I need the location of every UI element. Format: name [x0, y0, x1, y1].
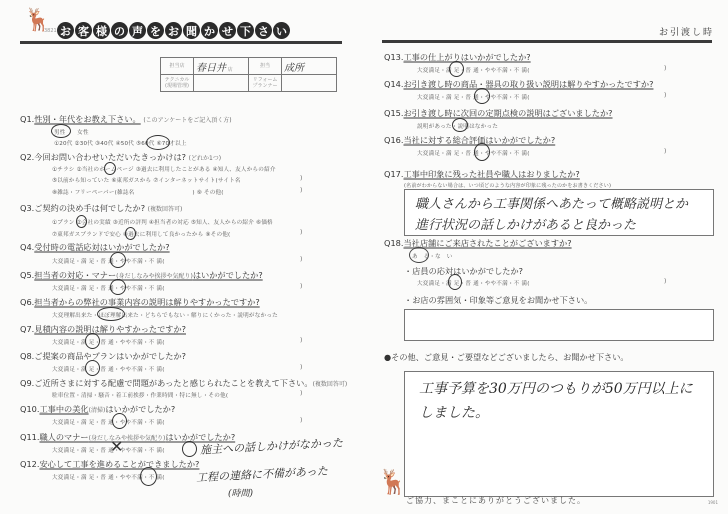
q8-rating-scale[interactable]: 大変満足・満 足・普 通・やや不満・不 満(: [52, 365, 165, 373]
question-q9: Q9.ご近所さまに対する配慮で問題があったと感じられたことを教えて下さい。(複数…: [20, 378, 347, 389]
q10-answer-mark: [112, 413, 127, 429]
q11-cross-out-mark: ✕: [110, 437, 123, 456]
q18-staff-answer-mark: [448, 274, 462, 290]
q2-options-line2[interactable]: ⑤以前から知っていた ⑥東邦ガスから ⑦インターネットサイト(サイト名: [52, 176, 241, 184]
title-rule: [20, 41, 342, 44]
q18-staff-rating-scale[interactable]: 大変満足・満 足・普 通・やや不満・不 満(: [417, 279, 530, 287]
form-title: お客様の声をお聞かせ下さい: [57, 22, 290, 39]
q3-answer-mark-2: [125, 227, 136, 240]
q7-rating-scale[interactable]: 大変満足・満 足・普 通・やや不満・不 満(: [52, 338, 165, 346]
q12-comment[interactable]: 工程の連絡に不備があった: [196, 463, 329, 486]
planner-field[interactable]: [282, 75, 337, 92]
q17-comment-box[interactable]: 職人さんから工事関係へあたって概略説明とか 進行状況の話しかけがあると良かった: [404, 189, 714, 236]
question-q7: Q7.見積内容の説明は解りやすかったですか?: [20, 324, 186, 335]
q1-gender-answer-mark: [51, 124, 71, 138]
q8-answer-mark: [85, 360, 100, 376]
q7-answer-mark: [85, 333, 100, 349]
other-comments-line1: 工事予算を30万円のつもりが50万円以上に: [419, 378, 693, 398]
q10-rating-scale[interactable]: 大変満足・満 足・普 通・やや不満・不 満(: [52, 418, 165, 426]
q6-answer-mark: [97, 307, 125, 321]
title-char: お: [165, 22, 182, 39]
q3-options-line2[interactable]: ⑦東邦ガスブランドで安心 ⑧過去に利用して良かったから ⑨その他(: [52, 230, 230, 238]
stamp-number: 3821: [44, 28, 57, 34]
q11-answer-mark: [182, 441, 197, 457]
survey-page-right: お引渡し時 Q13.工事の仕上がりはいかがでしたか? 大変満足・満 足・普 通・…: [364, 0, 728, 514]
q14-answer-mark: [474, 88, 490, 104]
person-field[interactable]: 成所: [282, 58, 337, 75]
title-char: を: [147, 22, 164, 39]
q5-rating-scale[interactable]: 大変満足・満 足・普 通・やや不満・不 満(: [52, 284, 165, 292]
title-char: い: [273, 22, 290, 39]
q9-options[interactable]: 駐車位置・清掃・騒音・着工前挨拶・作業時間・特に無し・その他(: [52, 391, 228, 399]
q4-rating-scale[interactable]: 大変満足・満 足・普 通・やや不満・不 満(: [52, 257, 165, 265]
store-field[interactable]: 春日井 店: [194, 58, 249, 75]
question-q5: Q5.担当者の対応・マナー(身だしなみや挨拶や気配り)はいかがでしたか?: [20, 270, 263, 281]
q12-answer-mark: [140, 467, 157, 486]
thank-you-message: ご協力、まことにありがとうございました。: [406, 495, 586, 506]
title-char: せ: [219, 22, 236, 39]
q2-options-line1[interactable]: ①チラシ ②当社のホームページ ③過去に利用したことがある ④知人、友人からの紹…: [52, 165, 276, 173]
question-q17: Q17.工事中印象に残った社員や職人はおりましたか?: [384, 169, 580, 180]
q13-answer-mark: [449, 61, 464, 77]
q2-answer-mark: [104, 162, 116, 175]
other-comments-box[interactable]: 工事予算を30万円のつもりが50万円以上に しました。: [404, 371, 714, 497]
title-char: 様: [93, 22, 110, 39]
q18-store-comment-box[interactable]: [404, 309, 714, 341]
title-char: の: [111, 22, 128, 39]
title-char: 客: [75, 22, 92, 39]
title-char: 聞: [183, 22, 200, 39]
header-rule: [382, 40, 712, 43]
title-char: お: [57, 22, 74, 39]
q15-answer-mark: [452, 118, 468, 132]
technical-label: テクニカル (現場管理): [161, 75, 194, 92]
q2-options-line3[interactable]: ⑧雑誌・フリーペーパー(雑誌名 ) ⑨ その他(: [52, 188, 224, 196]
form-code: 1901: [708, 500, 718, 505]
q16-answer-mark: [474, 143, 490, 161]
question-q2: Q2.今回お問い合わせいただいたきっかけは? (どれか1つ): [20, 152, 221, 163]
q11-rating-scale[interactable]: 大変満足・満 足・普 通・やや不満・不 満(: [52, 446, 165, 454]
q17-comment-line2: 進行状況の話しかけがあると良かった: [415, 214, 636, 233]
question-q18: Q18.当社店舗にご来店されたことがございますか?: [384, 238, 572, 249]
q5-answer-mark: [110, 279, 126, 295]
question-q14: Q14.お引き渡し時の商品・器具の取り扱い説明は解りやすかったですか?: [384, 79, 653, 90]
question-q8: Q8.ご提案の商品やプランはいかがでしたか?: [20, 351, 186, 362]
title-char: 声: [129, 22, 146, 39]
staff-table: 担当店 春日井 店 担当 成所 テクニカル (現場管理) リフォーム プランナー: [160, 57, 337, 92]
survey-page-left: 🦌 3821 お客様の声をお聞かせ下さい 担当店 春日井 店 担当 成所 テクニ…: [0, 0, 364, 514]
q1-age-answer-mark: [146, 135, 170, 150]
section-label-handover: お引渡し時: [659, 25, 714, 38]
technical-field[interactable]: [194, 75, 249, 92]
q18-answer-mark: [409, 247, 429, 263]
title-char: さ: [255, 22, 272, 39]
q12-comment-note: (時間): [228, 486, 253, 499]
question-q1: Q1.性別・年代をお教え下さい。 (このアンケートをご記入頂く方): [20, 114, 232, 125]
title-char: か: [201, 22, 218, 39]
question-q10: Q10.工事中の美化(清掃)はいかがでしたか?: [20, 404, 175, 415]
store-label: 担当店: [161, 58, 194, 75]
other-comments-label: ●その他、ご意見・ご要望などございましたら、お聞かせ下さい。: [384, 352, 629, 363]
q17-instructions: (名前がわからない場合は、いつ頃どのような内容が印象に残ったのかをお書きください…: [404, 182, 611, 189]
q13-rating-scale[interactable]: 大変満足・満 足・普 通・やや不満・不 満(: [417, 66, 530, 74]
question-q3: Q3.ご契約の決め手は何でしたか? (複数回答可): [20, 203, 182, 214]
q17-comment-line1: 職人さんから工事関係へあたって概略説明とか: [415, 193, 688, 212]
other-comments-line2: しました。: [419, 402, 489, 422]
title-char: 下: [237, 22, 254, 39]
q4-answer-mark: [110, 252, 126, 268]
q3-answer-mark-1: [76, 215, 87, 228]
question-q4: Q4.受付時の電話応対はいかがでしたか?: [20, 242, 170, 253]
person-label: 担当: [249, 58, 282, 75]
question-q15: Q15.お引き渡し時に次回の定期点検の説明はございましたか?: [384, 108, 613, 119]
deer-footer-icon: 🦌: [378, 470, 408, 494]
q6-options[interactable]: 大変理解出来た・ほぼ理解出来た・どちらでもない・解りにくかった・説明がなかった: [52, 311, 278, 319]
q18-sub-question-staff: ・店員の応対はいかがでしたか?: [404, 266, 523, 277]
question-q12: Q12.安心して工事を進めることができましたか?: [20, 459, 199, 470]
question-q6: Q6.担当者からの弊社の事業内容の説明は解りやすかったですか?: [20, 297, 260, 308]
question-q16: Q16.当社に対する総合評価はいかがでしたか?: [384, 135, 555, 146]
q18-sub-question-store: ・お店の雰囲気・印象等ご意見をお聞かせ下さい。: [404, 295, 592, 306]
planner-label: リフォーム プランナー: [249, 75, 282, 92]
